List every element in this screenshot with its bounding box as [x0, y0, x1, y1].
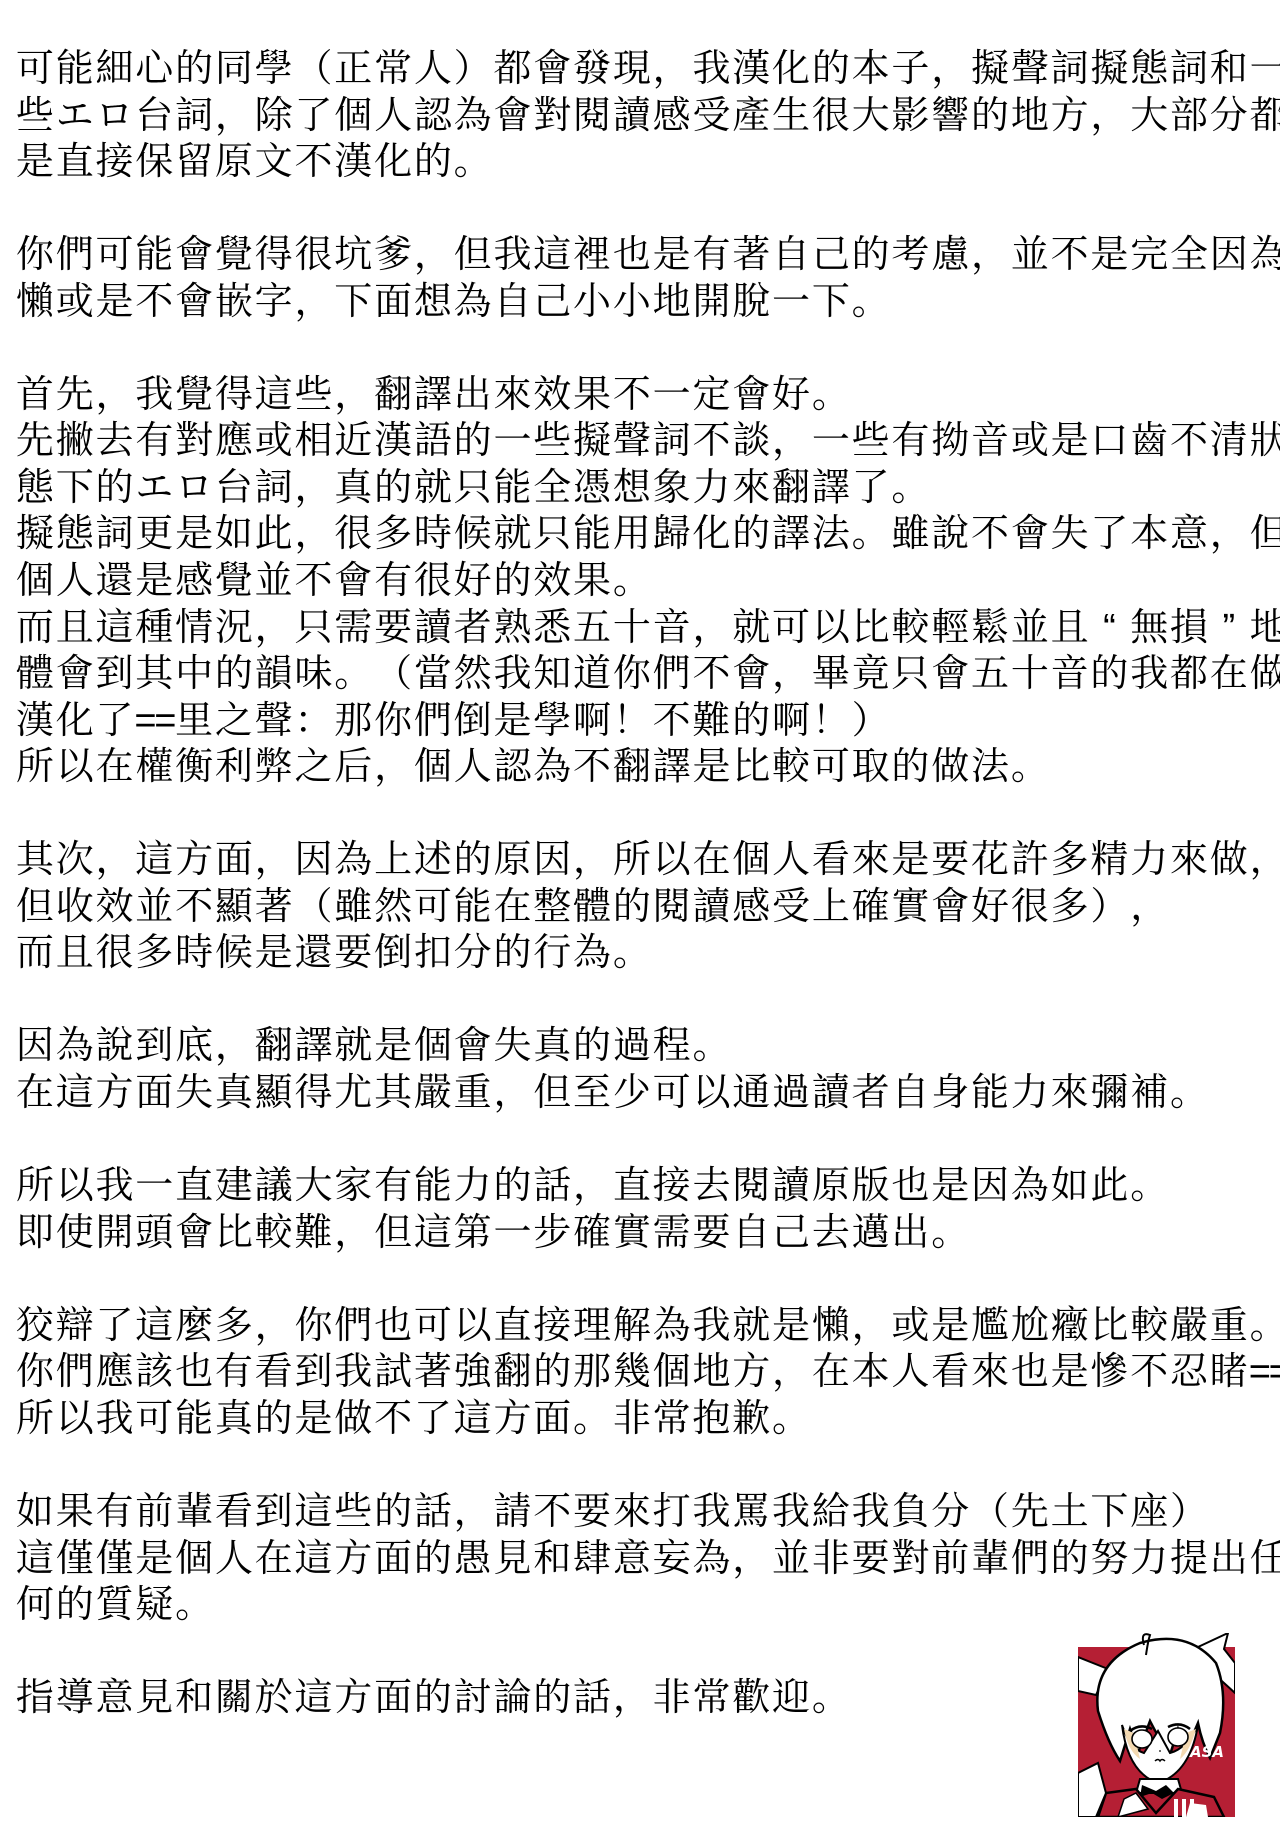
text-line: 在這方面失真顯得尤其嚴重，但至少可以通過讀者自身能力來彌補。	[15, 1070, 1265, 1117]
text-line: 是直接保留原文不漢化的。	[15, 139, 1265, 186]
text-line: 先撇去有對應或相近漢語的一些擬聲詞不談，一些有拗音或是口齒不清狀	[15, 418, 1265, 465]
text-line: 懶或是不會嵌字，下面想為自己小小地開脫一下。	[15, 279, 1265, 326]
paragraph-spacer	[15, 1442, 1265, 1489]
paragraph-spacer	[15, 1256, 1265, 1303]
avatar-label: ASA	[1189, 1743, 1224, 1761]
paragraph-reason: 你們可能會覺得很坑爹，但我這裡也是有著自己的考慮，並不是完全因為 懶或是不會嵌字…	[15, 232, 1265, 325]
paragraph-second-point: 其次，這方面，因為上述的原因，所以在個人看來是要花許多精力來做， 但收效並不顯著…	[15, 837, 1265, 977]
text-line: 首先，我覺得這些，翻譯出來效果不一定會好。	[15, 372, 1265, 419]
text-line: 所以在權衡利弊之后，個人認為不翻譯是比較可取的做法。	[15, 744, 1265, 791]
paragraph-spacer	[15, 325, 1265, 372]
text-line: 可能細心的同學（正常人）都會發現，我漢化的本子，擬聲詞擬態詞和一	[15, 46, 1265, 93]
paragraph-seniors: 如果有前輩看到這些的話，請不要來打我罵我給我負分（先土下座） 這僅僅是個人在這方…	[15, 1489, 1265, 1629]
text-line: 而且這種情況，只需要讀者熟悉五十音，就可以比較輕鬆並且“無損”地	[15, 605, 1265, 652]
paragraph-first-point: 首先，我覺得這些，翻譯出來效果不一定會好。 先撇去有對應或相近漢語的一些擬聲詞不…	[15, 372, 1265, 791]
paragraph-spacer	[15, 1117, 1265, 1164]
text-line: 態下的エロ台詞，真的就只能全憑想象力來翻譯了。	[15, 465, 1265, 512]
paragraph-distortion: 因為說到底，翻譯就是個會失真的過程。 在這方面失真顯得尤其嚴重，但至少可以通過讀…	[15, 1023, 1265, 1116]
text-line: 何的質疑。	[15, 1582, 1265, 1629]
text-line: 擬態詞更是如此，很多時候就只能用歸化的譯法。雖說不會失了本意，但	[15, 511, 1265, 558]
text-line: 而且很多時候是還要倒扣分的行為。	[15, 930, 1265, 977]
text-line: 其次，這方面，因為上述的原因，所以在個人看來是要花許多精力來做，	[15, 837, 1265, 884]
text-line: 狡辯了這麼多，你們也可以直接理解為我就是懶，或是尷尬癥比較嚴重。	[15, 1303, 1265, 1350]
text-line: 體會到其中的韻味。（當然我知道你們不會，畢竟只會五十音的我都在做	[15, 651, 1265, 698]
document-body: 可能細心的同學（正常人）都會發現，我漢化的本子，擬聲詞擬態詞和一 些エロ台詞，除…	[15, 46, 1265, 1722]
text-line: 個人還是感覺並不會有很好的效果。	[15, 558, 1265, 605]
text-line: 這僅僅是個人在這方面的愚見和肆意妄為，並非要對前輩們的努力提出任	[15, 1536, 1265, 1583]
anime-girl-avatar-icon: ASA	[1078, 1633, 1235, 1817]
paragraph-recommendation: 所以我一直建議大家有能力的話，直接去閱讀原版也是因為如此。 即使開頭會比較難，但…	[15, 1163, 1265, 1256]
text-line: 如果有前輩看到這些的話，請不要來打我罵我給我負分（先土下座）	[15, 1489, 1265, 1536]
document-page: 可能細心的同學（正常人）都會發現，我漢化的本子，擬聲詞擬態詞和一 些エロ台詞，除…	[0, 0, 1280, 1834]
paragraph-intro: 可能細心的同學（正常人）都會發現，我漢化的本子，擬聲詞擬態詞和一 些エロ台詞，除…	[15, 46, 1265, 186]
paragraph-apology: 狡辯了這麼多，你們也可以直接理解為我就是懶，或是尷尬癥比較嚴重。 你們應該也有看…	[15, 1303, 1265, 1443]
paragraph-spacer	[15, 977, 1265, 1024]
text-line: 因為說到底，翻譯就是個會失真的過程。	[15, 1023, 1265, 1070]
text-line: 所以我一直建議大家有能力的話，直接去閱讀原版也是因為如此。	[15, 1163, 1265, 1210]
text-line: 你們可能會覺得很坑爹，但我這裡也是有著自己的考慮，並不是完全因為	[15, 232, 1265, 279]
paragraph-spacer	[15, 186, 1265, 233]
text-line: 些エロ台詞，除了個人認為會對閱讀感受產生很大影響的地方，大部分都	[15, 93, 1265, 140]
text-line: 所以我可能真的是做不了這方面。非常抱歉。	[15, 1396, 1265, 1443]
text-line: 漢化了==里之聲：那你們倒是學啊！不難的啊！）	[15, 698, 1265, 745]
paragraph-spacer	[15, 791, 1265, 838]
text-line: 即使開頭會比較難，但這第一步確實需要自己去邁出。	[15, 1210, 1265, 1257]
text-line: 你們應該也有看到我試著強翻的那幾個地方，在本人看來也是慘不忍睹==	[15, 1349, 1265, 1396]
text-line: 但收效並不顯著（雖然可能在整體的閱讀感受上確實會好很多），	[15, 884, 1265, 931]
